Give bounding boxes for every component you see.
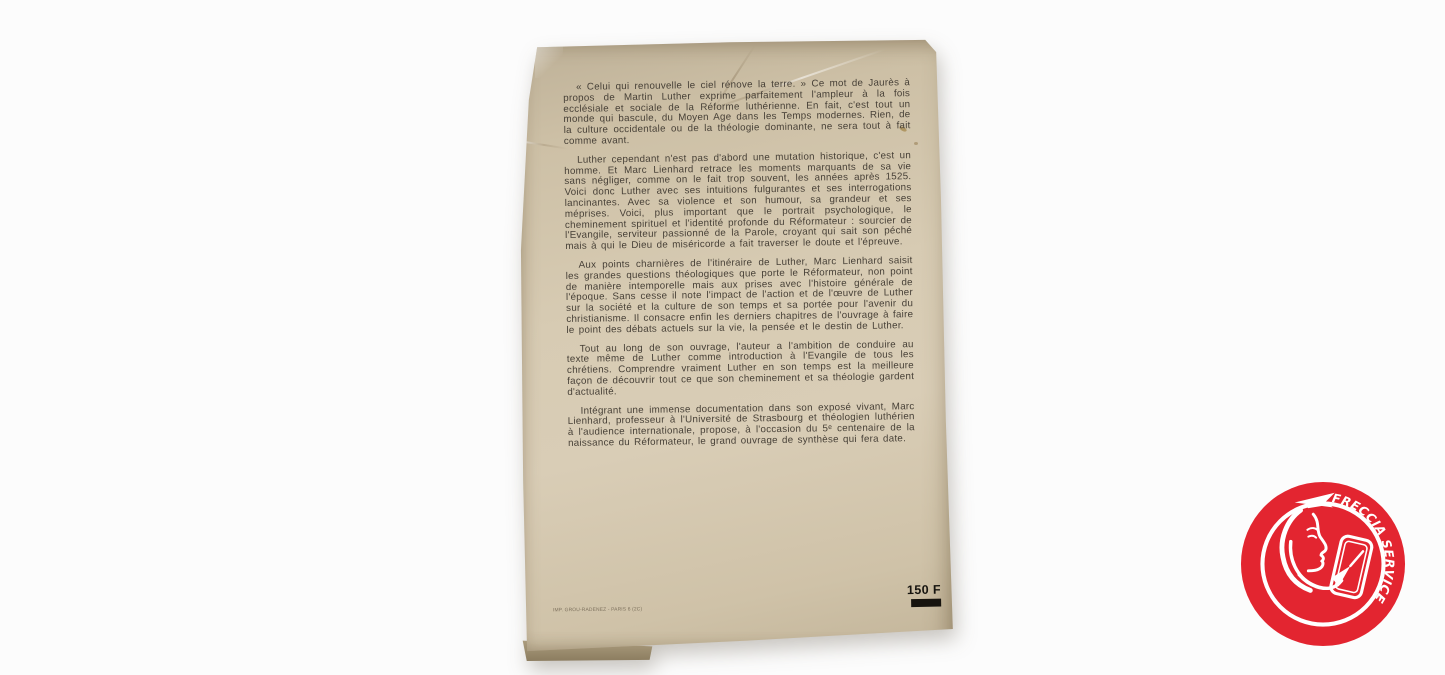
paper-stain	[914, 142, 918, 145]
book-back-cover: « Celui qui renouvelle le ciel rénove la…	[517, 38, 955, 653]
freccia-service-watermark: FRECCIA SERVICE ®	[1240, 481, 1406, 647]
price-underline-bar	[911, 599, 941, 608]
product-photo: « Celui qui renouvelle le ciel rénove la…	[0, 0, 1445, 675]
blurb-paragraph: « Celui qui renouvelle le ciel rénove la…	[563, 78, 911, 148]
blurb-paragraph: Intégrant une immense documentation dans…	[568, 402, 916, 450]
price-badge: 150 F	[891, 583, 941, 608]
price-label: 150 F	[891, 583, 941, 598]
blurb-paragraph: Luther cependant n'est pas d'abord une m…	[564, 151, 912, 253]
paper-crease	[519, 140, 569, 150]
back-cover-blurb: « Celui qui renouvelle le ciel rénove la…	[563, 78, 915, 458]
corner-bend	[535, 46, 563, 78]
blurb-paragraph: Tout au long de son ouvrage, l'auteur a …	[567, 340, 915, 399]
blurb-paragraph: Aux points charnières de l'itinéraire de…	[565, 256, 913, 336]
printer-imprint: IMP. GROU-RADENEZ - PARIS 6 (2C)	[553, 606, 689, 613]
book-shadow-wrap: « Celui qui renouvelle le ciel rénove la…	[0, 0, 1445, 675]
